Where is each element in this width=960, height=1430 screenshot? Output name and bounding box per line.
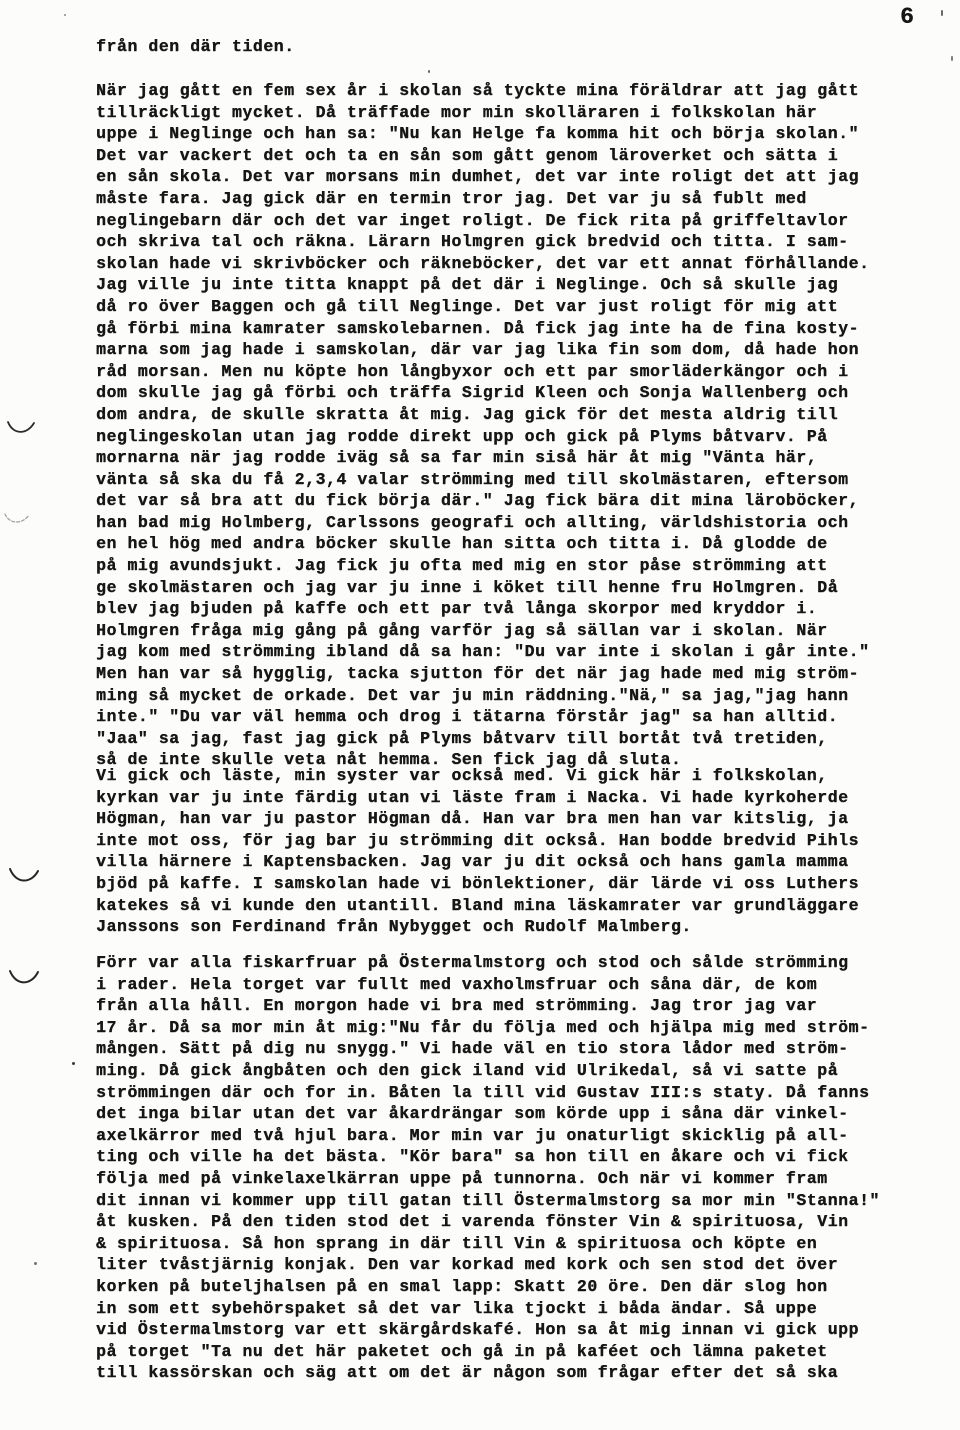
ink-speck — [428, 70, 430, 73]
paragraph-ostermalmstorg: Förr var alla fiskarfruar på Östermalmst… — [96, 952, 880, 1384]
paragraph-school: När jag gått en fem sex år i skolan så t… — [96, 80, 869, 771]
ink-speck — [64, 14, 66, 16]
handwritten-margin-curve-icon — [6, 419, 36, 437]
handwritten-margin-curve-icon — [8, 967, 40, 987]
ink-speck — [941, 10, 943, 16]
ink-speck — [34, 1262, 37, 1265]
handwritten-margin-curve-icon — [8, 866, 40, 886]
page-number: 6 — [900, 4, 914, 30]
ink-speck — [951, 56, 953, 61]
handwritten-margin-curve-icon — [3, 511, 31, 527]
ink-speck — [72, 1062, 75, 1065]
scanned-typewritten-page: 6 från den där tiden. När jag gått en fe… — [0, 0, 960, 1430]
opening-line: från den där tiden. — [96, 36, 295, 58]
paragraph-confirmation: Vi gick och läste, min syster var också … — [96, 765, 859, 938]
